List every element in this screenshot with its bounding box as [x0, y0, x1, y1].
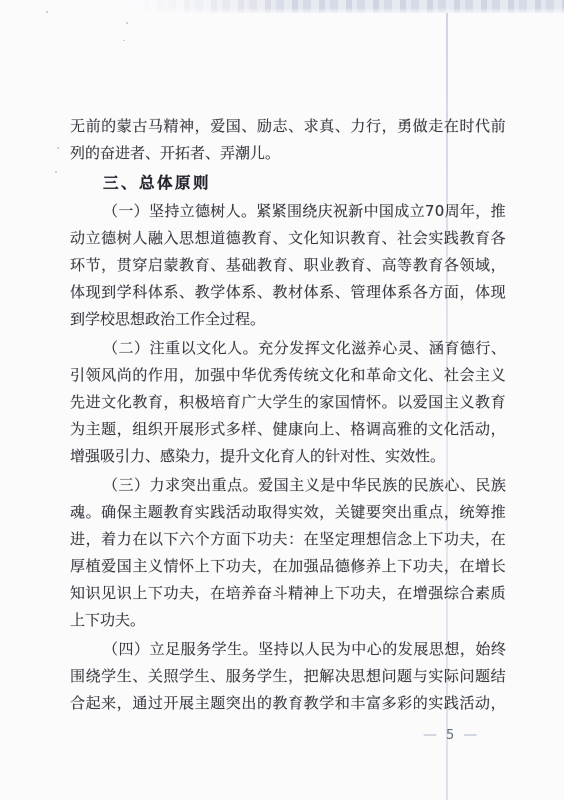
- page-number-dash-right: —: [463, 728, 477, 742]
- paragraph-first-line: （三）力求突出重点。爱国主义是中华民族的民族心、民族: [70, 471, 506, 498]
- scan-speck: [126, 22, 128, 24]
- text-line: 知识见识上下功夫，在培养奋斗精神上下功夫，在增强综合素质: [70, 579, 506, 606]
- scanned-document-page: 无前的蒙古马精神，爱国、励志、求真、力行，勇做走在时代前列的奋进者、开拓者、弄潮…: [0, 0, 564, 800]
- paragraph-first-line: （四）立足服务学生。坚持以人民为中心的发展思想，始终: [70, 635, 506, 662]
- scan-noise-band: [130, 0, 564, 13]
- paragraph-first-line: （一）坚持立德树人。紧紧围绕庆祝新中国成立70周年，推: [70, 197, 506, 224]
- document-text: 无前的蒙古马精神，爱国、励志、求真、力行，勇做走在时代前列的奋进者、开拓者、弄潮…: [70, 112, 506, 716]
- text-line: 环节，贯穿启蒙教育、基础教育、职业教育、高等教育各领域，: [70, 251, 506, 278]
- page-number-dash-left: —: [423, 728, 437, 742]
- paragraph-first-line: （二）注重以文化人。充分发挥文化滋养心灵、涵育德行、: [70, 334, 506, 361]
- text-line: 进，着力在以下六个方面下功夫：在坚定理想信念上下功夫，在: [70, 525, 506, 552]
- scan-speck: [57, 147, 59, 149]
- text-line: 列的奋进者、开拓者、弄潮儿。: [70, 139, 506, 166]
- text-line: 增强吸引力、感染力，提升文化育人的针对性、实效性。: [70, 442, 506, 469]
- text-line: 厚植爱国主义情怀上下功夫，在加强品德修养上下功夫，在增长: [70, 552, 506, 579]
- scan-speck: [46, 11, 48, 13]
- text-line: 合起来，通过开展主题突出的教育教学和丰富多彩的实践活动，: [70, 689, 506, 716]
- text-line: 到学校思想政治工作全过程。: [70, 305, 506, 332]
- text-line: 无前的蒙古马精神，爱国、励志、求真、力行，勇做走在时代前: [70, 112, 506, 139]
- scan-speck: [123, 40, 125, 41]
- scan-speck: [55, 171, 57, 173]
- text-line: 引领风尚的作用，加强中华优秀传统文化和革命文化、社会主义: [70, 361, 506, 388]
- text-line: 体现到学科体系、教学体系、教材体系、管理体系各方面，体现: [70, 278, 506, 305]
- text-line: 围绕学生、关照学生、服务学生，把解决思想问题与实际问题结: [70, 662, 506, 689]
- text-line: 上下功夫。: [70, 606, 506, 633]
- text-line: 为主题，组织开展形式多样、健康向上、格调高雅的文化活动，: [70, 415, 506, 442]
- text-line: 先进文化教育，积极培育广大学生的家国情怀。以爱国主义教育: [70, 388, 506, 415]
- text-line: 魂。确保主题教育实践活动取得实效，关键要突出重点，统筹推: [70, 498, 506, 525]
- page-number: — 5 —: [423, 726, 477, 744]
- page-number-value: 5: [446, 729, 454, 742]
- text-line: 动立德树人融入思想道德教育、文化知识教育、社会实践教育各: [70, 224, 506, 251]
- section-heading: 三、总体原则: [70, 168, 506, 195]
